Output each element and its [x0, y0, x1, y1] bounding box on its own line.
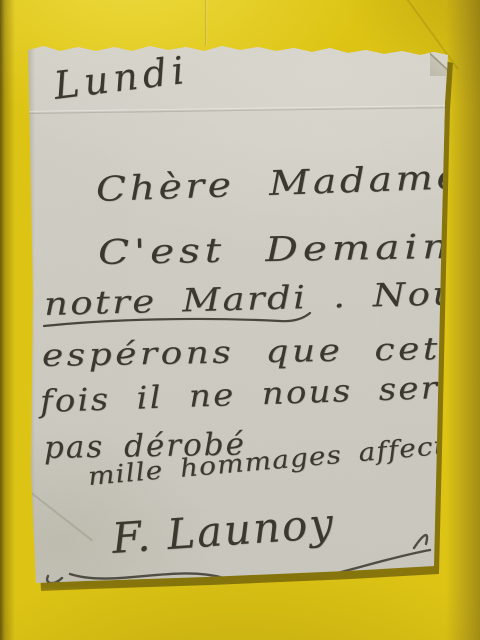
letter-sheet: Lundi Chère Madame C'est Demain notre Ma…: [26, 42, 452, 586]
body-line-1: C'est Demain: [98, 227, 454, 273]
background-crease-vertical: [205, 0, 207, 46]
body-line-3: espérons que cette: [42, 330, 480, 374]
photograph-of-letter: Lundi Chère Madame C'est Demain notre Ma…: [0, 0, 480, 640]
underline-stroke: [42, 312, 312, 330]
